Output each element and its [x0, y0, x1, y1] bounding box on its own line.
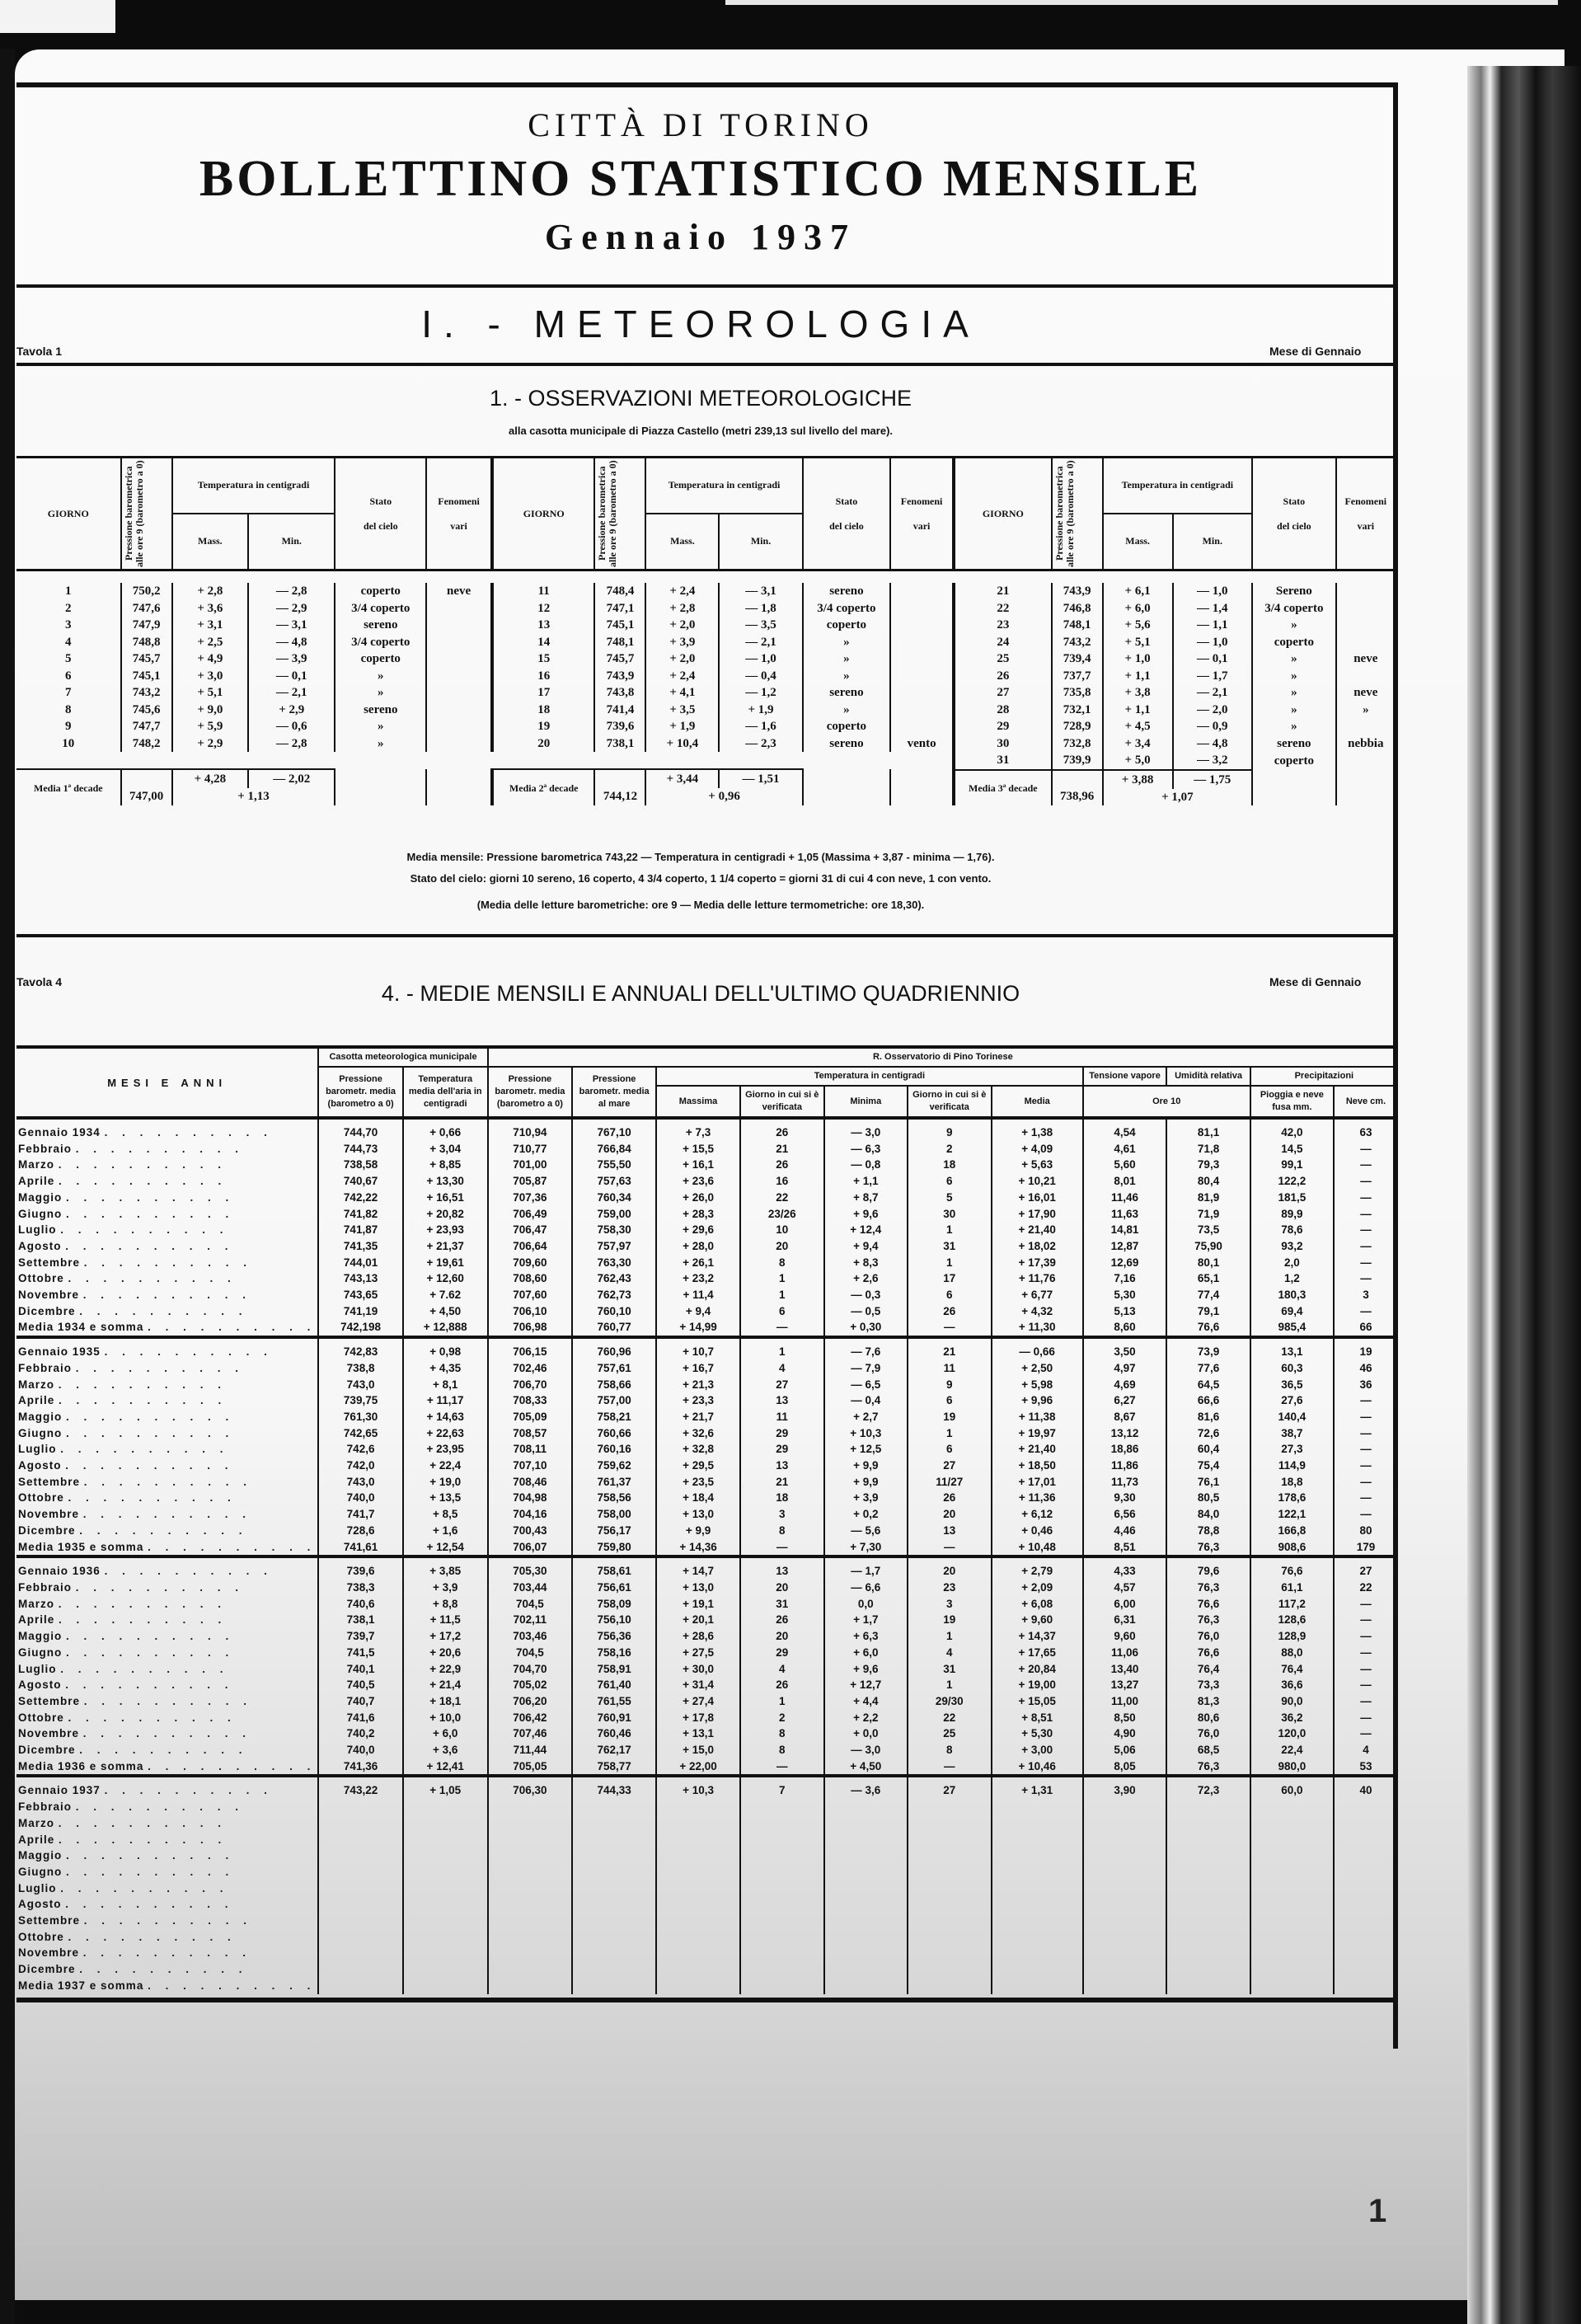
pressure-value: 748,2 — [121, 735, 172, 753]
value-c-press: 728,6 — [318, 1523, 402, 1539]
value-mean — [992, 1978, 1083, 1994]
day-row: 20738,1+ 10,4— 2,3serenovento — [492, 735, 952, 753]
value-umid — [1166, 1945, 1250, 1961]
pressure-value: 747,1 — [594, 600, 645, 617]
col-stato-label: Stato — [1255, 495, 1334, 508]
value-gmax: 29 — [740, 1425, 824, 1442]
day-row: 18741,4+ 3,5+ 1,9» — [492, 702, 952, 719]
value-o-mare: 766,84 — [572, 1141, 656, 1157]
value-neve: — — [1334, 1628, 1397, 1645]
value-umid: 71,8 — [1166, 1141, 1250, 1157]
value-gmax: 20 — [740, 1628, 824, 1645]
month-row: Dicembre . . . . . . . . . . — [16, 1961, 1397, 1978]
temp-min-value: — 1,6 — [719, 718, 802, 735]
value-c-temp: + 1,6 — [403, 1523, 488, 1539]
value-c-temp — [403, 1978, 488, 1994]
value-gmax: 26 — [740, 1612, 824, 1628]
value-gmin: 20 — [908, 1506, 992, 1523]
value-o-mare: 757,00 — [572, 1392, 656, 1409]
temp-min-value: — 2,1 — [248, 684, 335, 702]
value-o-mare — [572, 1815, 656, 1832]
day-number: 19 — [492, 718, 594, 735]
value-gmax: 18 — [740, 1490, 824, 1506]
value-umid: 76,3 — [1166, 1580, 1250, 1596]
temp-max-value: + 2,8 — [645, 600, 719, 617]
phenomena-value: nebbia — [1336, 735, 1395, 753]
col-min: Min. — [719, 514, 802, 570]
value-min: + 3,9 — [824, 1490, 908, 1506]
col-fenomeni-label-2: vari — [429, 520, 489, 533]
value-o-mare: 762,73 — [572, 1287, 656, 1303]
month-row: Aprile . . . . . . . . . .739,75+ 11,177… — [16, 1392, 1397, 1409]
value-gmax: 26 — [740, 1118, 824, 1141]
day-number: 1 — [16, 583, 121, 600]
col-stato-cielo: Statodel cielo — [335, 458, 426, 570]
month-row: Febbraio . . . . . . . . . .738,8+ 4,357… — [16, 1360, 1397, 1377]
month-row: Maggio . . . . . . . . . .739,7+ 17,2703… — [16, 1628, 1397, 1645]
value-mean: + 4,32 — [992, 1303, 1083, 1320]
month-row: Media 1934 e somma . . . . . . . . . .74… — [16, 1319, 1397, 1337]
pressure-value: 739,6 — [594, 718, 645, 735]
value-gmax: 29 — [740, 1645, 824, 1661]
value-piog: 90,0 — [1250, 1693, 1334, 1710]
pressure-value: 745,1 — [594, 617, 645, 634]
value-tens: 12,87 — [1083, 1238, 1167, 1255]
value-gmin: 11 — [908, 1360, 992, 1377]
value-c-press — [318, 1961, 402, 1978]
value-min: — 3,6 — [824, 1776, 908, 1799]
value-umid: 76,3 — [1166, 1758, 1250, 1777]
value-o-mare: 760,46 — [572, 1725, 656, 1742]
value-umid — [1166, 1799, 1250, 1815]
value-neve — [1334, 1978, 1397, 1994]
value-umid: 77,6 — [1166, 1360, 1250, 1377]
temp-max-value: + 5,6 — [1103, 617, 1173, 634]
temp-max-value: + 3,4 — [1103, 735, 1173, 753]
value-tens — [1083, 1913, 1167, 1929]
value-min: — 3,0 — [824, 1118, 908, 1141]
phenomena-value — [426, 600, 490, 617]
value-max — [656, 1929, 740, 1946]
value-neve: 36 — [1334, 1377, 1397, 1393]
month-row: Settembre . . . . . . . . . .744,01+ 19,… — [16, 1255, 1397, 1271]
value-mean: + 6,08 — [992, 1596, 1083, 1613]
section-rule — [16, 363, 1398, 366]
month-label: Maggio . . . . . . . . . . — [16, 1847, 318, 1864]
day-row: 26737,7+ 1,1— 1,7» — [954, 668, 1395, 685]
phenomena-value — [890, 702, 952, 719]
value-o-mare: 758,30 — [572, 1222, 656, 1238]
value-c-press — [318, 1864, 402, 1880]
month-row: Aprile . . . . . . . . . .740,67+ 13,307… — [16, 1173, 1397, 1190]
month-label: Aprile . . . . . . . . . . — [16, 1392, 318, 1409]
sky-state-value: coperto — [335, 583, 426, 600]
value-c-press: 740,6 — [318, 1596, 402, 1613]
value-neve — [1334, 1896, 1397, 1913]
col-fenomeni-label-2: vari — [1339, 520, 1393, 533]
pressure-value: 728,9 — [1052, 718, 1103, 735]
phenomena-value — [890, 634, 952, 651]
value-min — [824, 1896, 908, 1913]
value-mean — [992, 1815, 1083, 1832]
value-min: + 7,30 — [824, 1539, 908, 1557]
value-o-mare: 757,63 — [572, 1173, 656, 1190]
value-gmax — [740, 1847, 824, 1864]
month-label: Novembre . . . . . . . . . . — [16, 1506, 318, 1523]
value-o-mare — [572, 1929, 656, 1946]
value-c-press: 739,6 — [318, 1556, 402, 1580]
value-o-mare — [572, 1847, 656, 1864]
sky-state-value: 3/4 coperto — [335, 600, 426, 617]
month-label: Maggio . . . . . . . . . . — [16, 1628, 318, 1645]
value-min: + 0,30 — [824, 1319, 908, 1337]
value-c-press — [318, 1815, 402, 1832]
value-mean: + 6,12 — [992, 1506, 1083, 1523]
value-c-temp: + 21,4 — [403, 1677, 488, 1693]
value-c-temp: + 14,63 — [403, 1409, 488, 1425]
col-fenomeni: Fenomenivari — [426, 458, 490, 570]
value-umid: 76,1 — [1166, 1474, 1250, 1491]
value-o-mare: 762,43 — [572, 1270, 656, 1287]
value-min: + 4,50 — [824, 1758, 908, 1777]
pressure-value: 743,2 — [1052, 634, 1103, 651]
sky-state-value: coperto — [1252, 634, 1336, 651]
temp-min-value: — 1,0 — [719, 650, 802, 668]
value-o-press — [488, 1929, 572, 1946]
temp-max-value: + 1,1 — [1103, 668, 1173, 685]
phenomena-value — [1336, 600, 1395, 617]
value-umid: 81,1 — [1166, 1118, 1250, 1141]
value-o-mare: 758,56 — [572, 1490, 656, 1506]
month-label: Gennaio 1935 . . . . . . . . . . — [16, 1337, 318, 1360]
phenomena-value — [426, 634, 490, 651]
day-row: 22746,8+ 6,0— 1,43/4 coperto — [954, 600, 1395, 617]
value-neve: — — [1334, 1222, 1397, 1238]
day-number: 26 — [954, 668, 1052, 685]
value-mean: + 10,21 — [992, 1173, 1083, 1190]
month-label: Maggio . . . . . . . . . . — [16, 1409, 318, 1425]
value-piog: 38,7 — [1250, 1425, 1334, 1442]
value-gmin: — — [908, 1758, 992, 1777]
value-c-press: 740,0 — [318, 1742, 402, 1758]
value-mean — [992, 1913, 1083, 1929]
value-c-press — [318, 1847, 402, 1864]
value-min: + 2,7 — [824, 1409, 908, 1425]
value-gmin: 22 — [908, 1710, 992, 1726]
value-gmax — [740, 1880, 824, 1897]
pressure-value: 745,7 — [121, 650, 172, 668]
value-c-temp — [403, 1864, 488, 1880]
pressure-value: 748,1 — [1052, 617, 1103, 634]
value-mean: + 19,97 — [992, 1425, 1083, 1442]
value-gmax: 20 — [740, 1238, 824, 1255]
value-o-press: 706,98 — [488, 1319, 572, 1337]
value-max: + 23,5 — [656, 1474, 740, 1491]
month-row: Novembre . . . . . . . . . . — [16, 1945, 1397, 1961]
day-row: 3747,9+ 3,1— 3,1sereno — [16, 617, 490, 634]
month-row: Febbraio . . . . . . . . . . — [16, 1799, 1397, 1815]
value-mean: + 8,51 — [992, 1710, 1083, 1726]
value-mean: + 18,50 — [992, 1458, 1083, 1474]
value-c-temp: + 7.62 — [403, 1287, 488, 1303]
month-label: Giugno . . . . . . . . . . — [16, 1206, 318, 1223]
day-number: 7 — [16, 684, 121, 702]
month-row: Maggio . . . . . . . . . .742,22+ 16,517… — [16, 1190, 1397, 1206]
col-group-casotta: Casotta meteorologica municipale — [318, 1047, 487, 1067]
day-number: 5 — [16, 650, 121, 668]
value-mean: + 10,46 — [992, 1758, 1083, 1777]
value-min: — 0,5 — [824, 1303, 908, 1320]
month-label: Dicembre . . . . . . . . . . — [16, 1523, 318, 1539]
col-media: Media — [992, 1086, 1083, 1118]
value-min: + 9,6 — [824, 1206, 908, 1223]
bulletin-title: BOLLETTINO STATISTICO MENSILE — [0, 150, 1401, 209]
value-min: — 0,8 — [824, 1157, 908, 1173]
value-umid: 66,6 — [1166, 1392, 1250, 1409]
month-label: Luglio . . . . . . . . . . — [16, 1661, 318, 1678]
value-o-mare: 767,10 — [572, 1118, 656, 1141]
value-c-temp: + 1,05 — [403, 1776, 488, 1799]
value-gmax: 31 — [740, 1596, 824, 1613]
value-tens: 6,31 — [1083, 1612, 1167, 1628]
value-min: 0,0 — [824, 1596, 908, 1613]
value-gmin — [908, 1929, 992, 1946]
day-row: 16743,9+ 2,4— 0,4» — [492, 668, 952, 685]
month-row: Giugno . . . . . . . . . .742,65+ 22,637… — [16, 1425, 1397, 1442]
value-piog: 36,5 — [1250, 1377, 1334, 1393]
value-piog — [1250, 1961, 1334, 1978]
value-mean: + 1,31 — [992, 1776, 1083, 1799]
value-max — [656, 1978, 740, 1994]
month-row: Gennaio 1937 . . . . . . . . . .743,22+ … — [16, 1776, 1397, 1799]
phenomena-value — [426, 735, 490, 753]
value-tens: 4,46 — [1083, 1523, 1167, 1539]
value-c-temp: + 0,98 — [403, 1337, 488, 1360]
day-number: 10 — [16, 735, 121, 753]
value-mean: + 21,40 — [992, 1441, 1083, 1458]
value-c-temp: + 12,888 — [403, 1319, 488, 1337]
value-neve: — — [1334, 1474, 1397, 1491]
value-piog: 122,2 — [1250, 1173, 1334, 1190]
value-max: + 27,4 — [656, 1693, 740, 1710]
value-tens: 12,69 — [1083, 1255, 1167, 1271]
decade-mean-temperature: + 1,13 — [172, 788, 335, 805]
value-c-press: 740,7 — [318, 1693, 402, 1710]
value-c-press: 744,01 — [318, 1255, 402, 1271]
value-gmin: 1 — [908, 1677, 992, 1693]
value-mean: + 10,48 — [992, 1539, 1083, 1557]
value-gmax — [740, 1799, 824, 1815]
value-gmin: 31 — [908, 1661, 992, 1678]
value-c-press: 739,75 — [318, 1392, 402, 1409]
value-neve: 27 — [1334, 1556, 1397, 1580]
month-label: Luglio . . . . . . . . . . — [16, 1880, 318, 1897]
value-max: + 17,8 — [656, 1710, 740, 1726]
value-o-press — [488, 1961, 572, 1978]
value-max: + 13,0 — [656, 1580, 740, 1596]
value-c-temp: + 22,9 — [403, 1661, 488, 1678]
value-min — [824, 1913, 908, 1929]
value-max: + 32,6 — [656, 1425, 740, 1442]
value-c-temp: + 19,61 — [403, 1255, 488, 1271]
value-max — [656, 1847, 740, 1864]
month-row: Dicembre . . . . . . . . . .728,6+ 1,670… — [16, 1523, 1397, 1539]
month-row: Settembre . . . . . . . . . . — [16, 1913, 1397, 1929]
value-gmin — [908, 1945, 992, 1961]
day-row: 30732,8+ 3,4— 4,8serenonebbia — [954, 735, 1395, 753]
value-umid — [1166, 1864, 1250, 1880]
value-c-temp: + 8,8 — [403, 1596, 488, 1613]
value-mean — [992, 1929, 1083, 1946]
value-o-press: 701,00 — [488, 1157, 572, 1173]
value-gmax — [740, 1896, 824, 1913]
value-o-mare — [572, 1896, 656, 1913]
value-mean: + 11,38 — [992, 1409, 1083, 1425]
value-gmin — [908, 1815, 992, 1832]
value-gmax: 10 — [740, 1222, 824, 1238]
value-c-temp — [403, 1945, 488, 1961]
value-gmin — [908, 1961, 992, 1978]
value-c-temp — [403, 1961, 488, 1978]
value-mean: + 9,96 — [992, 1392, 1083, 1409]
value-o-press: 708,60 — [488, 1270, 572, 1287]
value-piog: 1,2 — [1250, 1270, 1334, 1287]
day-number: 30 — [954, 735, 1052, 753]
value-gmax: 1 — [740, 1693, 824, 1710]
value-c-press: 739,7 — [318, 1628, 402, 1645]
value-tens: 11,86 — [1083, 1458, 1167, 1474]
col-temperatura: Temperatura in centigradi — [645, 458, 802, 514]
value-c-press: 741,19 — [318, 1303, 402, 1320]
value-max: + 27,5 — [656, 1645, 740, 1661]
value-mean: + 11,76 — [992, 1270, 1083, 1287]
col-pressione-label: Pressione barometrica alle ore 9 (barome… — [124, 460, 145, 567]
col-fenomeni-label: Fenomeni — [1339, 495, 1393, 508]
day-row: 19739,6+ 1,9— 1,6coperto — [492, 718, 952, 735]
month-row: Media 1935 e somma . . . . . . . . . .74… — [16, 1539, 1397, 1557]
sky-state-value: » — [1252, 650, 1336, 668]
table4-title: 4. - MEDIE MENSILI E ANNUALI DELL'ULTIMO… — [0, 981, 1401, 1007]
value-piog — [1250, 1847, 1334, 1864]
value-umid: 76,6 — [1166, 1645, 1250, 1661]
value-tens: 8,51 — [1083, 1539, 1167, 1557]
value-gmin: 3 — [908, 1596, 992, 1613]
value-min: + 9,9 — [824, 1458, 908, 1474]
pressure-value: 732,8 — [1052, 735, 1103, 753]
day-number: 25 — [954, 650, 1052, 668]
temp-min-value: — 2,8 — [248, 583, 335, 600]
col-pressione: Pressione barometrica alle ore 9 (barome… — [594, 458, 645, 570]
value-gmax — [740, 1815, 824, 1832]
value-max: + 10,7 — [656, 1337, 740, 1360]
sky-state-value: Sereno — [1252, 583, 1336, 600]
day-row: 4748,8+ 2,5— 4,83/4 coperto — [16, 634, 490, 651]
pressure-value: 743,2 — [121, 684, 172, 702]
value-c-press: 743,0 — [318, 1377, 402, 1393]
col-casotta-temperatura: Temperatura media dell'aria in centigrad… — [403, 1067, 488, 1118]
value-o-press: 704,5 — [488, 1645, 572, 1661]
month-row: Agosto . . . . . . . . . .742,0+ 22,4707… — [16, 1458, 1397, 1474]
day-row: 10748,2+ 2,9— 2,8» — [16, 735, 490, 753]
value-umid: 75,90 — [1166, 1238, 1250, 1255]
value-gmax — [740, 1961, 824, 1978]
value-tens: 7,16 — [1083, 1270, 1167, 1287]
month-row: Media 1937 e somma . . . . . . . . . . — [16, 1978, 1397, 1994]
value-umid: 80,5 — [1166, 1490, 1250, 1506]
temp-max-value: + 1,1 — [1103, 702, 1173, 719]
value-min: + 12,7 — [824, 1677, 908, 1693]
value-tens: 3,50 — [1083, 1337, 1167, 1360]
sky-state-value: sereno — [803, 583, 890, 600]
value-c-temp: + 12,54 — [403, 1539, 488, 1557]
value-c-press: 743,13 — [318, 1270, 402, 1287]
value-umid: 80,6 — [1166, 1710, 1250, 1726]
value-gmin: 13 — [908, 1523, 992, 1539]
value-gmax — [740, 1832, 824, 1848]
value-c-press: 741,61 — [318, 1539, 402, 1557]
value-o-mare: 761,40 — [572, 1677, 656, 1693]
value-gmin: — — [908, 1539, 992, 1557]
value-c-press: 740,67 — [318, 1173, 402, 1190]
month-label: Marzo . . . . . . . . . . — [16, 1157, 318, 1173]
value-mean — [992, 1945, 1083, 1961]
col-mass: Mass. — [172, 514, 249, 570]
value-tens: 11,00 — [1083, 1693, 1167, 1710]
value-umid: 76,0 — [1166, 1628, 1250, 1645]
value-c-press: 741,5 — [318, 1645, 402, 1661]
value-gmax: 13 — [740, 1556, 824, 1580]
temp-min-value: — 3,9 — [248, 650, 335, 668]
value-o-mare: 757,61 — [572, 1360, 656, 1377]
value-min: + 8,3 — [824, 1255, 908, 1271]
value-neve — [1334, 1832, 1397, 1848]
value-neve: 4 — [1334, 1742, 1397, 1758]
sky-state-value: sereno — [803, 735, 890, 753]
value-tens: 18,86 — [1083, 1441, 1167, 1458]
value-gmin: 21 — [908, 1337, 992, 1360]
value-gmin: 6 — [908, 1392, 992, 1409]
value-neve: — — [1334, 1206, 1397, 1223]
value-c-press — [318, 1896, 402, 1913]
value-min: — 6,3 — [824, 1141, 908, 1157]
note-monthly-mean: Media mensile: Pressione barometrica 743… — [0, 851, 1401, 863]
value-max: + 16,1 — [656, 1157, 740, 1173]
value-o-mare — [572, 1799, 656, 1815]
value-piog: 99,1 — [1250, 1157, 1334, 1173]
temp-max-value: + 2,8 — [172, 583, 249, 600]
value-gmax: 4 — [740, 1360, 824, 1377]
value-o-press: 704,5 — [488, 1596, 572, 1613]
value-tens: 4,97 — [1083, 1360, 1167, 1377]
value-tens: 9,30 — [1083, 1490, 1167, 1506]
day-number: 20 — [492, 735, 594, 753]
month-label: Febbraio . . . . . . . . . . — [16, 1141, 318, 1157]
value-o-press: 705,02 — [488, 1677, 572, 1693]
value-c-press — [318, 1945, 402, 1961]
value-min: + 4,4 — [824, 1693, 908, 1710]
value-gmin: 25 — [908, 1725, 992, 1742]
value-umid: 84,0 — [1166, 1506, 1250, 1523]
temp-max-value: + 2,4 — [645, 583, 719, 600]
value-min: — 0,4 — [824, 1392, 908, 1409]
value-o-mare: 760,10 — [572, 1303, 656, 1320]
value-tens: 6,27 — [1083, 1392, 1167, 1409]
value-o-press: 700,43 — [488, 1523, 572, 1539]
value-mean: + 15,05 — [992, 1693, 1083, 1710]
value-c-press: 740,2 — [318, 1725, 402, 1742]
phenomena-value — [890, 583, 952, 600]
value-neve: — — [1334, 1425, 1397, 1442]
